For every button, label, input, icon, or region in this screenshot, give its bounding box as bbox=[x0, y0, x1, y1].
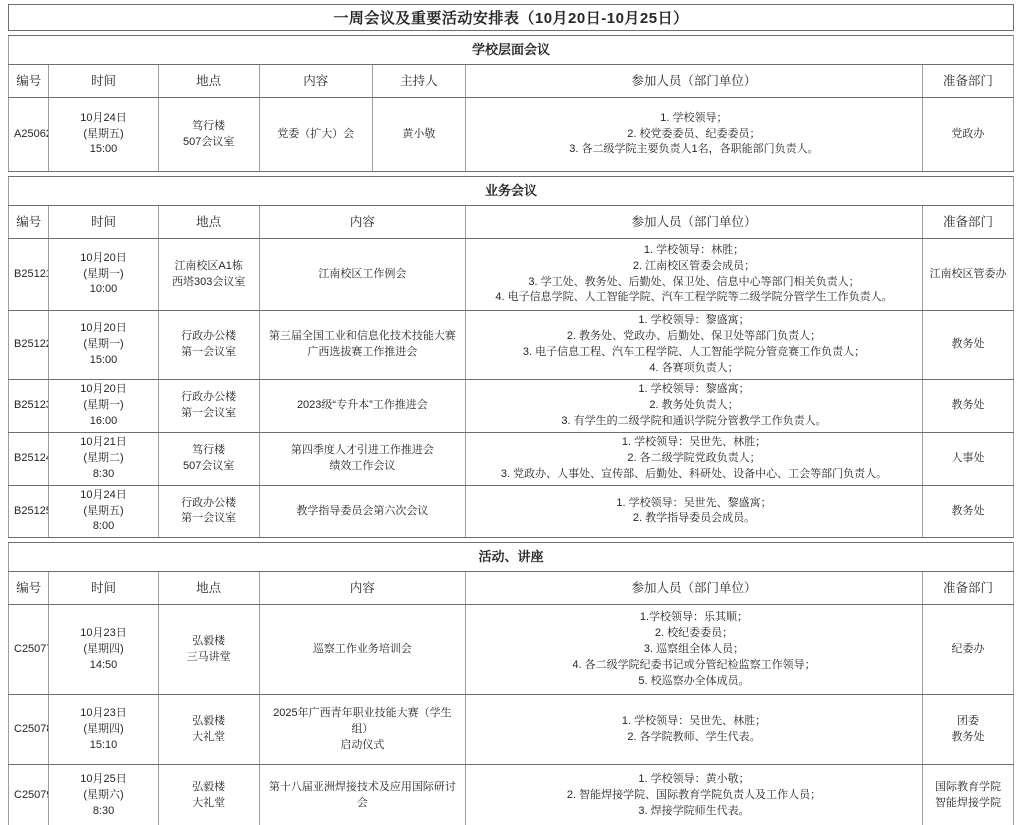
cell-content: 巡察工作业务培训会 bbox=[259, 605, 465, 695]
col-header-location: 地点 bbox=[158, 206, 259, 239]
col-header-participants: 参加人员（部门单位） bbox=[465, 206, 922, 239]
section-banner-row: 活动、讲座 bbox=[9, 543, 1014, 572]
col-header-content: 内容 bbox=[259, 572, 465, 605]
cell-id: B25125 bbox=[9, 485, 49, 538]
cell-department: 党政办 bbox=[922, 98, 1013, 172]
cell-id: C25078 bbox=[9, 695, 49, 765]
cell-time: 10月21日 (星期二) 8:30 bbox=[49, 432, 158, 485]
cell-participants: 1.学校领导：乐其顺； 2. 校纪委委员； 3. 巡察组全体人员； 4. 各二级… bbox=[465, 605, 922, 695]
col-header-participants: 参加人员（部门单位） bbox=[465, 572, 922, 605]
cell-time: 10月23日 (星期四) 14:50 bbox=[49, 605, 158, 695]
page-title: 一周会议及重要活动安排表（10月20日-10月25日） bbox=[8, 4, 1014, 31]
cell-department: 教务处 bbox=[922, 379, 1013, 432]
cell-participants: 1. 学校领导：吴世先、林胜； 2. 各学院教师、学生代表。 bbox=[465, 695, 922, 765]
section-title: 学校层面会议 bbox=[9, 36, 1014, 65]
cell-content: 2025年广西青年职业技能大赛（学生组） 启动仪式 bbox=[259, 695, 465, 765]
section-school-meetings-table: 学校层面会议 编号 时间 地点 内容 主持人 参加人员（部门单位） 准备部门 A… bbox=[8, 35, 1014, 172]
cell-id: B25122 bbox=[9, 311, 49, 380]
cell-participants: 1. 学校领导：黎盛寓； 2. 教务处负责人； 3. 有学生的二级学院和通识学院… bbox=[465, 379, 922, 432]
col-header-location: 地点 bbox=[158, 572, 259, 605]
col-header-participants: 参加人员（部门单位） bbox=[465, 65, 922, 98]
col-header-time: 时间 bbox=[49, 65, 158, 98]
cell-id: B25123 bbox=[9, 379, 49, 432]
section-title: 业务会议 bbox=[9, 177, 1014, 206]
cell-location: 弘毅楼 大礼堂 bbox=[158, 695, 259, 765]
cell-id: C25079 bbox=[9, 765, 49, 825]
section-title: 活动、讲座 bbox=[9, 543, 1014, 572]
col-header-time: 时间 bbox=[49, 206, 158, 239]
cell-participants: 1. 学校领导：吴世先、黎盛寓； 2. 教学指导委员会成员。 bbox=[465, 485, 922, 538]
cell-id: B25124 bbox=[9, 432, 49, 485]
col-header-department: 准备部门 bbox=[922, 572, 1013, 605]
table-row: A25062 10月24日 (星期五) 15:00 笃行楼 507会议室 党委（… bbox=[9, 98, 1014, 172]
cell-location: 行政办公楼 第一会议室 bbox=[158, 485, 259, 538]
cell-department: 教务处 bbox=[922, 311, 1013, 380]
cell-location: 笃行楼 507会议室 bbox=[158, 432, 259, 485]
table-row: B25124 10月21日 (星期二) 8:30 笃行楼 507会议室 第四季度… bbox=[9, 432, 1014, 485]
col-header-time: 时间 bbox=[49, 572, 158, 605]
section-banner-row: 业务会议 bbox=[9, 177, 1014, 206]
table-row: C25078 10月23日 (星期四) 15:10 弘毅楼 大礼堂 2025年广… bbox=[9, 695, 1014, 765]
header-row: 编号 时间 地点 内容 参加人员（部门单位） 准备部门 bbox=[9, 572, 1014, 605]
cell-location: 弘毅楼 大礼堂 bbox=[158, 765, 259, 825]
col-header-id: 编号 bbox=[9, 572, 49, 605]
cell-id: A25062 bbox=[9, 98, 49, 172]
cell-content: 党委（扩大）会 bbox=[259, 98, 372, 172]
col-header-department: 准备部门 bbox=[922, 65, 1013, 98]
section-activities-lectures-table: 活动、讲座 编号 时间 地点 内容 参加人员（部门单位） 准备部门 C25077… bbox=[8, 542, 1014, 825]
table-row: B25121 10月20日 (星期一) 10:00 江南校区A1栋 西塔303会… bbox=[9, 239, 1014, 311]
cell-department: 纪委办 bbox=[922, 605, 1013, 695]
col-header-content: 内容 bbox=[259, 65, 372, 98]
cell-location: 行政办公楼 第一会议室 bbox=[158, 311, 259, 380]
cell-participants: 1. 学校领导：吴世先、林胜； 2. 各二级学院党政负责人； 3. 党政办、人事… bbox=[465, 432, 922, 485]
cell-time: 10月24日 (星期五) 15:00 bbox=[49, 98, 158, 172]
section-banner-row: 学校层面会议 bbox=[9, 36, 1014, 65]
cell-id: C25077 bbox=[9, 605, 49, 695]
section-business-meetings-table: 业务会议 编号 时间 地点 内容 参加人员（部门单位） 准备部门 B25121 … bbox=[8, 176, 1014, 538]
cell-content: 江南校区工作例会 bbox=[259, 239, 465, 311]
cell-content: 第十八届亚洲焊接技术及应用国际研讨会 bbox=[259, 765, 465, 825]
cell-location: 笃行楼 507会议室 bbox=[158, 98, 259, 172]
cell-time: 10月25日 (星期六) 8:30 bbox=[49, 765, 158, 825]
cell-host: 黄小敬 bbox=[372, 98, 465, 172]
table-row: B25125 10月24日 (星期五) 8:00 行政办公楼 第一会议室 教学指… bbox=[9, 485, 1014, 538]
cell-participants: 1. 学校领导； 2. 校党委委员、纪委委员； 3. 各二级学院主要负责人1名，… bbox=[465, 98, 922, 172]
cell-time: 10月24日 (星期五) 8:00 bbox=[49, 485, 158, 538]
cell-department: 教务处 bbox=[922, 485, 1013, 538]
col-header-department: 准备部门 bbox=[922, 206, 1013, 239]
table-row: C25079 10月25日 (星期六) 8:30 弘毅楼 大礼堂 第十八届亚洲焊… bbox=[9, 765, 1014, 825]
cell-location: 弘毅楼 三马讲堂 bbox=[158, 605, 259, 695]
col-header-id: 编号 bbox=[9, 65, 49, 98]
header-row: 编号 时间 地点 内容 主持人 参加人员（部门单位） 准备部门 bbox=[9, 65, 1014, 98]
header-row: 编号 时间 地点 内容 参加人员（部门单位） 准备部门 bbox=[9, 206, 1014, 239]
col-header-host: 主持人 bbox=[372, 65, 465, 98]
table-row: C25077 10月23日 (星期四) 14:50 弘毅楼 三马讲堂 巡察工作业… bbox=[9, 605, 1014, 695]
cell-content: 第三届全国工业和信息化技术技能大赛 广西选拔赛工作推进会 bbox=[259, 311, 465, 380]
cell-content: 2023级“专升本”工作推进会 bbox=[259, 379, 465, 432]
cell-content: 教学指导委员会第六次会议 bbox=[259, 485, 465, 538]
cell-department: 人事处 bbox=[922, 432, 1013, 485]
cell-content: 第四季度人才引进工作推进会 绩效工作会议 bbox=[259, 432, 465, 485]
cell-department: 江南校区管委办 bbox=[922, 239, 1013, 311]
cell-time: 10月20日 (星期一) 10:00 bbox=[49, 239, 158, 311]
table-row: B25122 10月20日 (星期一) 15:00 行政办公楼 第一会议室 第三… bbox=[9, 311, 1014, 380]
cell-participants: 1. 学校领导：黎盛寓； 2. 教务处、党政办、后勤处、保卫处等部门负责人； 3… bbox=[465, 311, 922, 380]
table-row: B25123 10月20日 (星期一) 16:00 行政办公楼 第一会议室 20… bbox=[9, 379, 1014, 432]
cell-department: 国际教育学院 智能焊接学院 bbox=[922, 765, 1013, 825]
schedule-page: 一周会议及重要活动安排表（10月20日-10月25日） 学校层面会议 编号 时间… bbox=[0, 0, 1024, 825]
cell-id: B25121 bbox=[9, 239, 49, 311]
cell-time: 10月23日 (星期四) 15:10 bbox=[49, 695, 158, 765]
cell-time: 10月20日 (星期一) 16:00 bbox=[49, 379, 158, 432]
cell-participants: 1. 学校领导：林胜； 2. 江南校区管委会成员； 3. 学工处、教务处、后勤处… bbox=[465, 239, 922, 311]
cell-location: 江南校区A1栋 西塔303会议室 bbox=[158, 239, 259, 311]
col-header-content: 内容 bbox=[259, 206, 465, 239]
col-header-id: 编号 bbox=[9, 206, 49, 239]
cell-location: 行政办公楼 第一会议室 bbox=[158, 379, 259, 432]
cell-department: 团委 教务处 bbox=[922, 695, 1013, 765]
cell-time: 10月20日 (星期一) 15:00 bbox=[49, 311, 158, 380]
cell-participants: 1. 学校领导：黄小敬； 2. 智能焊接学院、国际教育学院负责人及工作人员； 3… bbox=[465, 765, 922, 825]
col-header-location: 地点 bbox=[158, 65, 259, 98]
